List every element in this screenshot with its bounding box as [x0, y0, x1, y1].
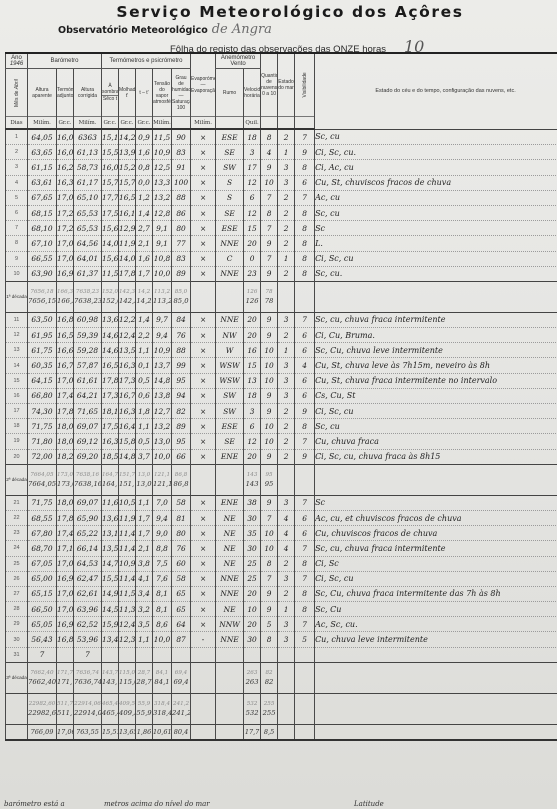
vel-cell: 18	[244, 388, 261, 403]
summary-cell: 121,1121,1	[153, 464, 172, 495]
tens-cell: 10,9	[153, 145, 172, 160]
day-cell: 22	[6, 510, 28, 525]
nuv-cell: 7	[261, 251, 278, 266]
dif-cell: 0,1	[136, 358, 153, 373]
corr-cell: 59,28	[74, 343, 102, 358]
vel-cell: 30	[244, 510, 261, 525]
difference-header: t – t'	[136, 69, 153, 117]
nuv-cell: 9	[261, 404, 278, 419]
tadj-cell: 17,8	[57, 510, 74, 525]
rumo-cell: C	[216, 251, 244, 266]
sky-state-cell: Ci, Ac, cu	[315, 160, 557, 175]
mol-cell: 11,4	[119, 526, 136, 541]
tens-cell: 13,7	[153, 358, 172, 373]
corr-cell: 61,13	[74, 145, 102, 160]
corr-cell: 69,07	[74, 495, 102, 510]
summary-cell	[191, 693, 216, 724]
tens-cell: 9,7	[153, 312, 172, 327]
nuv-cell: 9	[261, 266, 278, 281]
dif-cell: 1,1	[136, 495, 153, 510]
table-row: 1971,8018,069,1216,315,80,513,095×SE1210…	[6, 434, 557, 449]
summary-cell: 7656,187656,15	[28, 281, 57, 312]
hum-cell: 91	[172, 160, 191, 175]
tens-cell: 14,8	[153, 373, 172, 388]
mol-cell: 10,9	[119, 556, 136, 571]
alt-cell: 63,90	[28, 266, 57, 281]
evap-cell: ×	[191, 145, 216, 160]
tadj-cell: 17,0	[57, 586, 74, 601]
tadj-cell: 16,9	[57, 571, 74, 586]
nuv-cell: 9	[261, 602, 278, 617]
dif-cell: 1,6	[136, 145, 153, 160]
mol-cell: 14,8	[119, 449, 136, 464]
evap-cell: ×	[191, 205, 216, 220]
day-cell: 27	[6, 586, 28, 601]
evap-cell: ×	[191, 388, 216, 403]
summary-cell: 9595	[261, 464, 278, 495]
nuv-cell: 9	[261, 449, 278, 464]
vis-cell: 8	[295, 602, 315, 617]
hum-cell: 88	[172, 343, 191, 358]
vis-cell: 5	[295, 632, 315, 647]
evap-cell: ×	[191, 160, 216, 175]
day-cell: 23	[6, 526, 28, 541]
sky-state-cell: Ac, Sc, cu.	[315, 617, 557, 632]
seco-cell: 16,0	[102, 160, 119, 175]
table-row: 1460,3516,757,8716,516,30,113,799×WSW151…	[6, 358, 557, 373]
hum-cell: 82	[172, 404, 191, 419]
alt-cell: 61,75	[28, 343, 57, 358]
mar-cell: 2	[278, 205, 295, 220]
sky-state-cell: Ci, Sc, cu	[315, 251, 557, 266]
summary-cell: 7664,057664,05	[28, 464, 57, 495]
seco-cell: 13,5	[102, 541, 119, 556]
tadj-cell: 18,0	[57, 495, 74, 510]
summary-cell	[191, 281, 216, 312]
tadj-cell: 16,2	[57, 160, 74, 175]
table-row: 2866,5017,063,9614,511,33,28,165×NE10918…	[6, 602, 557, 617]
vis-cell: 6	[295, 510, 315, 525]
tadj-cell: 17,1	[57, 541, 74, 556]
days-header: Dias	[6, 117, 28, 130]
vel-cell: 30	[244, 632, 261, 647]
summary-cell: 84,184,1	[153, 662, 172, 693]
rumo-cell: ESE	[216, 129, 244, 145]
evap-cell: ×	[191, 175, 216, 190]
summary-cell	[295, 693, 315, 724]
vel-cell: 12	[244, 434, 261, 449]
sky-state-cell: Sc, cu, chuva fraca intermitente	[315, 312, 557, 327]
vel-cell: 18	[244, 129, 261, 145]
tadj-cell: 17,2	[57, 221, 74, 236]
seco-cell: 16,5	[102, 358, 119, 373]
nuv-cell: 10	[261, 373, 278, 388]
mol-cell: 16,3	[119, 358, 136, 373]
corr-cell: 69,07	[74, 419, 102, 434]
mar-cell: 3	[278, 495, 295, 510]
sky-state-cell: Cu, St, chuva leve às 7h15m, neveiro às …	[315, 358, 557, 373]
hum-cell: 88	[172, 190, 191, 205]
vis-cell: 8	[295, 205, 315, 220]
sky-state-cell: Ci, Sc, cu, chuva fraca às 8h15	[315, 449, 557, 464]
decade-label: 2ª década	[6, 464, 28, 495]
day-cell: 31	[6, 647, 28, 662]
alt-cell: 66,50	[28, 602, 57, 617]
summary-cell: 85,085,0	[172, 281, 191, 312]
summary-cell	[278, 693, 295, 724]
summary-cell	[295, 662, 315, 693]
evap-cell: ×	[191, 190, 216, 205]
rumo-cell: SW	[216, 160, 244, 175]
corr-cell: 60,98	[74, 312, 102, 327]
vis-cell	[295, 647, 315, 662]
tens-cell: 10,0	[153, 266, 172, 281]
dif-cell: 2,7	[136, 221, 153, 236]
dif-cell: 0,5	[136, 434, 153, 449]
sky-state-cell: Ci, Sc, cu	[315, 404, 557, 419]
dif-cell: 3,7	[136, 449, 153, 464]
mol-cell: 14,2	[119, 129, 136, 145]
alt-cell: 68,55	[28, 510, 57, 525]
summary-cell: 14,214,2	[136, 281, 153, 312]
seco-cell: 13,6	[102, 312, 119, 327]
rumo-cell: NE	[216, 602, 244, 617]
nuv-cell: 10	[261, 419, 278, 434]
rumo-cell: NNE	[216, 312, 244, 327]
evap-cell: ×	[191, 358, 216, 373]
month-header: Mês de Abril	[6, 69, 28, 117]
hum-cell: 95	[172, 373, 191, 388]
day-cell: 3	[6, 160, 28, 175]
vis-cell: 6	[295, 343, 315, 358]
vel-cell: 38	[244, 495, 261, 510]
nuv-cell: 10	[261, 175, 278, 190]
evap-cell: ×	[191, 251, 216, 266]
nuv-cell: 7	[261, 190, 278, 205]
summary-cell: 8282	[261, 662, 278, 693]
summary-cell: 69,469,4	[172, 662, 191, 693]
corr-cell: 61,37	[74, 266, 102, 281]
nuv-cell: 9	[261, 236, 278, 251]
day-cell: 2	[6, 145, 28, 160]
summary-cell: 151,7151,7	[119, 464, 136, 495]
day-cell: 17	[6, 404, 28, 419]
nuv-cell: 7	[261, 221, 278, 236]
observatory-label: Observatório Meteorológico	[58, 25, 208, 36]
mar-cell: 2	[278, 236, 295, 251]
unit-quil: Quil.	[244, 117, 261, 130]
corr-cell: 63,96	[74, 602, 102, 617]
tens-cell: 8,1	[153, 602, 172, 617]
rumo-cell: SE	[216, 205, 244, 220]
observatory-name-handwritten: de Angra	[212, 22, 272, 37]
alt-cell: 7	[28, 647, 57, 662]
evap-cell: ×	[191, 266, 216, 281]
hum-cell	[172, 647, 191, 662]
tadj-cell: 16,6	[57, 343, 74, 358]
table-row: 463,6116,361,1715,715,70,013,3100×S12103…	[6, 175, 557, 190]
tadj-cell: 18,0	[57, 434, 74, 449]
vis-cell: 7	[295, 434, 315, 449]
summary-cell: 255255	[261, 693, 278, 724]
alt-cell: 72,00	[28, 449, 57, 464]
summary-cell: 142,3142,3	[119, 281, 136, 312]
mean-cell: 8,5	[261, 724, 278, 740]
corr-cell: 69,20	[74, 449, 102, 464]
observation-rows: 164,0516,0636315,114,20,911,590×ESE18827…	[6, 129, 557, 740]
decade-summary-row: 22982,6022982,60511,7511,722914,0622914,…	[6, 693, 557, 724]
summary-cell	[278, 662, 295, 693]
alt-cell: 67,65	[28, 190, 57, 205]
rumo-cell: SE	[216, 145, 244, 160]
vis-cell: 8	[295, 160, 315, 175]
evap-cell: ×	[191, 312, 216, 327]
rumo-cell: WSW	[216, 358, 244, 373]
sky-state-cell: Sc, Cu, chuva fraca intermitente das 7h …	[315, 586, 557, 601]
table-row: 2765,1517,062,6114,911,53,48,165×NNE2092…	[6, 586, 557, 601]
decade-label: 1ª década	[6, 281, 28, 312]
seco-cell: 13,1	[102, 526, 119, 541]
seco-cell: 15,1	[102, 129, 119, 145]
corr-cell: 58,73	[74, 160, 102, 175]
vis-cell: 7	[295, 312, 315, 327]
dif-cell: 2,2	[136, 328, 153, 343]
table-row: 2965,0516,962,5215,912,43,58,664×NNW2053…	[6, 617, 557, 632]
mean-cell: 17,7	[244, 724, 261, 740]
nuv-cell: 9	[261, 312, 278, 327]
hum-cell: 87	[172, 632, 191, 647]
corr-cell: 6363	[74, 129, 102, 145]
summary-cell: 13,013,0	[136, 464, 153, 495]
hum-cell: 60	[172, 556, 191, 571]
seco-cell: 17,7	[102, 190, 119, 205]
hum-cell: 100	[172, 175, 191, 190]
vel-cell	[244, 647, 261, 662]
rumo-cell: NNE	[216, 236, 244, 251]
day-cell: 14	[6, 358, 28, 373]
tens-cell: 7,5	[153, 556, 172, 571]
vis-cell: 9	[295, 404, 315, 419]
vel-cell: 15	[244, 358, 261, 373]
mol-cell: 11,9	[119, 236, 136, 251]
day-cell: 15	[6, 373, 28, 388]
dif-cell: 4,1	[136, 571, 153, 586]
summary-cell: 7638,237638,23	[74, 281, 102, 312]
seco-cell: 14,6	[102, 328, 119, 343]
mol-cell: 12,9	[119, 221, 136, 236]
mar-cell: 2	[278, 434, 295, 449]
sky-state-cell: Ac, cu, et chuviscos fracos de chuva	[315, 510, 557, 525]
summary-cell: 409,5409,5	[119, 693, 136, 724]
summary-cell	[216, 662, 244, 693]
corr-cell: 62,52	[74, 617, 102, 632]
day-cell: 12	[6, 328, 28, 343]
rumo-cell: S	[216, 190, 244, 205]
mar-cell: 4	[278, 541, 295, 556]
visibility-header: Visibilidade	[295, 53, 315, 117]
seco-cell: 15,7	[102, 175, 119, 190]
month-mean-row: 766,0917,06763,5515,5113,651,8610,6180,4…	[6, 724, 557, 740]
summary-blank	[315, 281, 557, 312]
tadj-cell: 16,5	[57, 328, 74, 343]
summary-cell: 511,7511,7	[57, 693, 74, 724]
alt-cell: 65,00	[28, 571, 57, 586]
tadj-cell: 16,9	[57, 617, 74, 632]
tadj-cell: 17,8	[57, 404, 74, 419]
decade-summary-row: 1ª década7656,187656,15166,3166,37638,23…	[6, 281, 557, 312]
mol-cell: 11,4	[119, 541, 136, 556]
sky-state-cell: Sc, cu	[315, 205, 557, 220]
unit-milim: Milím.	[153, 117, 172, 130]
summary-cell: 28,728,7	[136, 662, 153, 693]
evap-cell: ×	[191, 373, 216, 388]
observation-table: Ano1946 Barómetro Termómetros e psicróme…	[5, 52, 557, 741]
footer-latitude: Latitude	[354, 800, 384, 808]
vis-cell: 8	[295, 419, 315, 434]
vel-cell: 20	[244, 617, 261, 632]
corr-cell: 64,53	[74, 556, 102, 571]
mean-blank	[315, 724, 557, 740]
vis-cell: 7	[295, 541, 315, 556]
hum-cell: 80	[172, 526, 191, 541]
mar-cell: 2	[278, 221, 295, 236]
mol-cell: 15,2	[119, 160, 136, 175]
mol-cell: 16,7	[119, 388, 136, 403]
seco-cell: 14,9	[102, 586, 119, 601]
mar-cell: 2	[278, 404, 295, 419]
mol-cell: 15,8	[119, 434, 136, 449]
nuv-cell	[261, 647, 278, 662]
nuv-cell: 10	[261, 526, 278, 541]
seco-cell: 13,6	[102, 510, 119, 525]
day-cell: 25	[6, 556, 28, 571]
mol-cell: 17,8	[119, 266, 136, 281]
barometer-header: Barómetro	[28, 53, 102, 69]
evap-cell: ×	[191, 526, 216, 541]
tens-cell: 11,5	[153, 129, 172, 145]
hum-cell: 90	[172, 129, 191, 145]
tadj-cell: 17,4	[57, 388, 74, 403]
tens-cell: 10,0	[153, 632, 172, 647]
nuv-cell: 4	[261, 145, 278, 160]
seco-cell: 17,8	[102, 373, 119, 388]
summary-cell: 173,0173,0	[57, 464, 74, 495]
table-row: 2268,5517,865,9013,611,91,79,481×NE30746…	[6, 510, 557, 525]
dif-cell: 1,8	[136, 404, 153, 419]
sky-state-cell: Sc, Cu, chuva leve intermitente	[315, 343, 557, 358]
table-row: 567,6517,065,1017,716,51,213,288×S6727Ac…	[6, 190, 557, 205]
rumo-cell: NNE	[216, 586, 244, 601]
vis-cell: 7	[295, 571, 315, 586]
day-cell: 1	[6, 129, 28, 145]
dif-cell: 0,5	[136, 373, 153, 388]
vis-cell: 8	[295, 251, 315, 266]
sky-state-cell: Cs, Cu, St	[315, 388, 557, 403]
unit-grc: Gr.c.	[119, 117, 136, 130]
summary-cell	[191, 464, 216, 495]
corr-cell: 64,21	[74, 388, 102, 403]
table-row: 3056,4316,853,9613,412,31,110,087-NNE308…	[6, 632, 557, 647]
rumo-cell: WSW	[216, 373, 244, 388]
mol-cell: 15,7	[119, 175, 136, 190]
vis-cell: 6	[295, 373, 315, 388]
corr-cell: 71,65	[74, 404, 102, 419]
summary-cell	[191, 662, 216, 693]
tadj-cell: 17,0	[57, 373, 74, 388]
seco-cell	[102, 647, 119, 662]
table-row: 263,6516,061,1315,513,91,610,983×SE3419C…	[6, 145, 557, 160]
table-row: 1063,9016,961,3711,517,81,710,089×NNE239…	[6, 266, 557, 281]
sky-state-cell: Cu, chuva fraca	[315, 434, 557, 449]
hum-cell: 95	[172, 434, 191, 449]
dif-cell: 3,2	[136, 602, 153, 617]
evap-cell: ×	[191, 221, 216, 236]
day-cell: 11	[6, 312, 28, 327]
hum-cell: 66	[172, 449, 191, 464]
summary-cell: 532532	[244, 693, 261, 724]
mol-cell: 16,4	[119, 419, 136, 434]
tadj-cell: 16,9	[57, 266, 74, 281]
summary-cell: 241,2241,2	[172, 693, 191, 724]
table-row: 2072,0018,269,2018,514,83,710,066×ENE209…	[6, 449, 557, 464]
tadj-cell: 18,0	[57, 419, 74, 434]
day-cell: 26	[6, 571, 28, 586]
tadj-cell: 17,0	[57, 556, 74, 571]
alt-cell: 66,55	[28, 251, 57, 266]
tens-cell: 13,2	[153, 419, 172, 434]
sky-state-cell: Sc, Cu	[315, 602, 557, 617]
table-row: 1261,9516,559,3914,612,42,29,476×NW20926…	[6, 328, 557, 343]
hum-cell: 89	[172, 419, 191, 434]
corr-cell: 62,61	[74, 586, 102, 601]
tadj-cell: 16,3	[57, 175, 74, 190]
thermometer-header: Termómetros e psicrómetro	[102, 53, 191, 69]
summary-cell: 166,3166,3	[57, 281, 74, 312]
table-row: 2468,7017,166,1413,511,42,18,876×NE30104…	[6, 541, 557, 556]
vis-cell: 6	[295, 526, 315, 541]
summary-cell: 318,4318,4	[153, 693, 172, 724]
tadj-cell: 16,0	[57, 129, 74, 145]
seco-cell: 11,5	[102, 266, 119, 281]
summary-cell: 465,4465,4	[102, 693, 119, 724]
nuv-cell: 9	[261, 495, 278, 510]
summary-cell	[216, 464, 244, 495]
attached-thermometer-header: Termómetro adjunto	[57, 69, 74, 117]
mean-cell: 766,09	[28, 724, 57, 740]
rumo-cell: NNE	[216, 571, 244, 586]
sea-state-header: Estado do mar	[278, 53, 295, 117]
vel-cell: 10	[244, 602, 261, 617]
tens-cell	[153, 647, 172, 662]
nuv-cell: 9	[261, 388, 278, 403]
tens-cell: 8,8	[153, 541, 172, 556]
vel-cell: 6	[244, 419, 261, 434]
service-title: Serviço Meteorológico dos Açôres	[70, 3, 510, 21]
tadj-cell: 17,0	[57, 236, 74, 251]
evap-cell: ×	[191, 449, 216, 464]
tadj-cell: 17,4	[57, 526, 74, 541]
nuv-cell: 9	[261, 586, 278, 601]
corr-cell: 65,53	[74, 205, 102, 220]
seco-cell: 16,3	[102, 434, 119, 449]
tadj-cell: 17,0	[57, 190, 74, 205]
sky-state-cell: Cu, chuva leve intermitente	[315, 632, 557, 647]
dif-cell: 1,2	[136, 190, 153, 205]
table-row: 1163,5016,860,9813,612,21,49,784×NNE2093…	[6, 312, 557, 327]
tens-cell: 10,0	[153, 449, 172, 464]
mar-cell: 4	[278, 526, 295, 541]
vis-cell: 8	[295, 236, 315, 251]
